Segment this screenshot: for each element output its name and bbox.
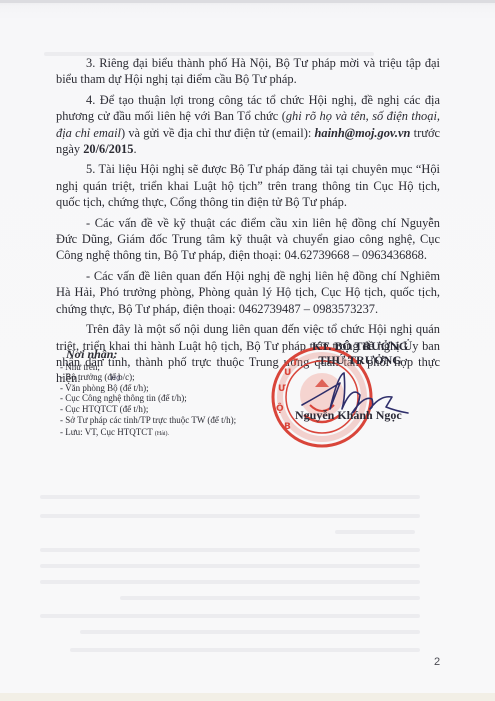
svg-text:Ư: Ư — [278, 384, 286, 394]
recipient-note: (Hải). — [155, 431, 169, 437]
deadline-date: 20/6/2015 — [83, 142, 133, 156]
bleed-through-line — [40, 548, 420, 552]
paragraph-item-5: 5. Tài liệu Hội nghị sẽ được Bộ Tư pháp … — [56, 161, 440, 210]
bleed-through-line — [40, 580, 420, 584]
recipient-item: - Văn phòng Bộ (để t/h); — [60, 383, 236, 394]
recipients-title: Nơi nhận: — [66, 349, 236, 360]
bleed-through-line — [40, 495, 420, 499]
bleed-through-line — [70, 648, 420, 652]
signature-title-block: KT. BỘ TRƯỞNG THỨ TRƯỞNG — [290, 339, 430, 367]
recipient-item: - Cục Công nghệ thông tin (để t/h); — [60, 393, 236, 404]
paragraph-contact-conference: - Các vấn đề liên quan đến Hội nghị đề n… — [56, 268, 440, 317]
bleed-through-line — [335, 530, 415, 534]
recipient-item: - Lưu: VT, Cục HTQTCT — [60, 427, 155, 437]
email-address: hainh@moj.gov.vn — [315, 126, 411, 140]
scan-bottom-edge — [0, 693, 495, 701]
recipient-item: - Sở Tư pháp các tỉnh/TP trực thuộc TW (… — [60, 415, 236, 426]
recipient-item: - Cục HTQTCT (để t/h); — [60, 404, 236, 415]
page-number: 2 — [434, 656, 440, 668]
paragraph-text: - Các vấn đề về kỹ thuật các điểm cầu xi… — [56, 216, 440, 263]
recipient-item: - Bộ trưởng (để b/c); — [60, 372, 236, 383]
bleed-through-line — [40, 614, 420, 618]
paragraph-text: ) và gửi về địa chỉ thư điện tử (email): — [121, 126, 315, 140]
svg-text:B: B — [284, 422, 291, 432]
bleed-through-line — [80, 630, 420, 634]
recipient-item-archive: - Lưu: VT, Cục HTQTCT (Hải). — [60, 427, 236, 440]
signature-title-line1: KT. BỘ TRƯỞNG — [290, 339, 430, 353]
recipients-block: Nơi nhận: - Như trên; - Bộ trưởng (để b/… — [60, 349, 236, 440]
bleed-through-line — [120, 596, 420, 600]
paragraph-text: . — [133, 142, 136, 156]
bleed-through-line — [40, 514, 420, 518]
svg-text:Ộ: Ộ — [276, 403, 284, 414]
paragraph-item-4: 4. Để tạo thuận lợi trong công tác tổ ch… — [56, 92, 440, 158]
document-page: 3. Riêng đại biểu thành phố Hà Nội, Bộ T… — [0, 0, 495, 701]
paragraph-text: 3. Riêng đại biểu thành phố Hà Nội, Bộ T… — [56, 56, 440, 86]
svg-text:U: U — [284, 368, 291, 378]
paragraph-text: - Các vấn đề liên quan đến Hội nghị đề n… — [56, 269, 440, 316]
recipient-item: - Như trên; — [60, 362, 236, 373]
paragraph-contact-technical: - Các vấn đề về kỹ thuật các điểm cầu xi… — [56, 215, 440, 264]
signer-name: Nguyễn Khánh Ngọc — [295, 408, 402, 423]
scan-top-edge — [0, 0, 495, 3]
bleed-through-line — [40, 564, 420, 568]
paragraph-text: 5. Tài liệu Hội nghị sẽ được Bộ Tư pháp … — [56, 162, 440, 209]
paragraph-item-3: 3. Riêng đại biểu thành phố Hà Nội, Bộ T… — [56, 55, 440, 88]
